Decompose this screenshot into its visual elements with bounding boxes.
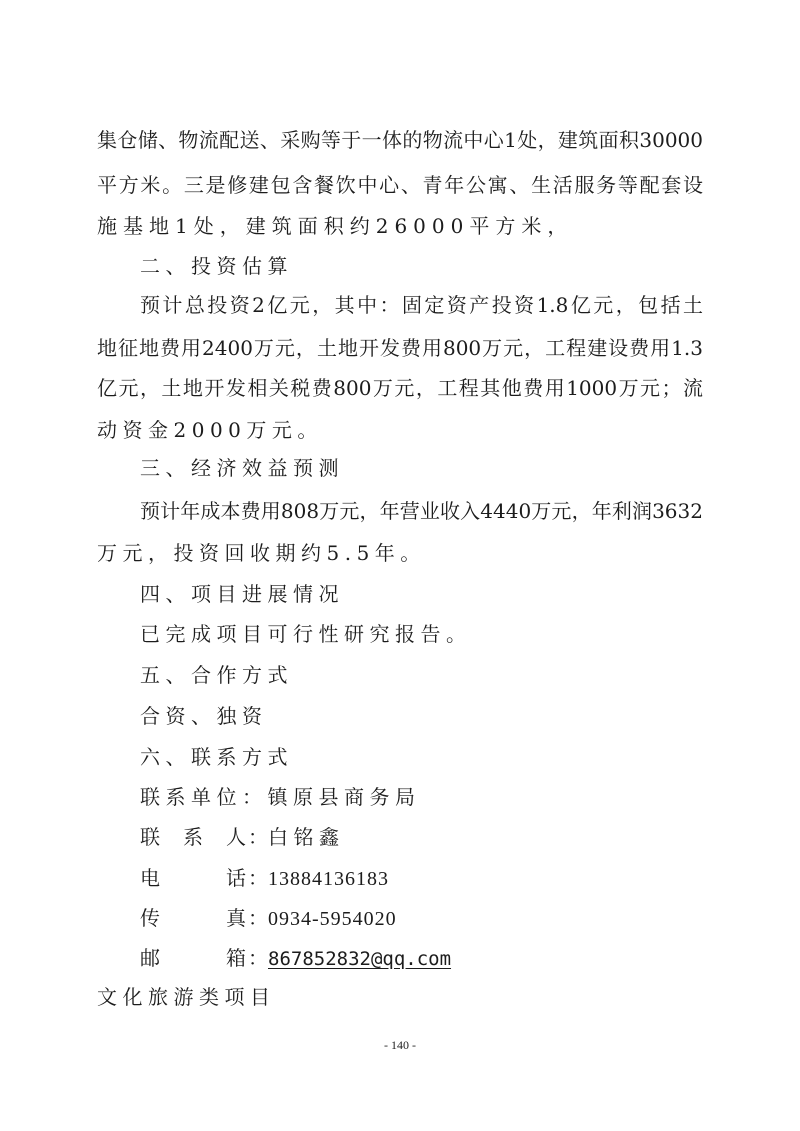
contact-unit-row: 联系单位：镇原县商务局: [140, 782, 421, 812]
contact-email-row: 邮 箱 ：867852832@qq.com: [140, 943, 451, 973]
contact-email-label: 邮 箱: [140, 943, 246, 973]
section-heading-contact: 六、联系方式: [140, 742, 293, 772]
contact-person-value: 白铭鑫: [268, 825, 345, 849]
paragraph-line: 施基地1处，建筑面积约26000平方米，: [97, 211, 573, 241]
contact-phone-label: 电 话: [140, 863, 246, 893]
paragraph-line: 预计年成本费用808万元，年营业收入4440万元，年利润3632: [140, 496, 703, 526]
paragraph-line: 动资金2000万元。: [97, 415, 323, 445]
contact-unit-value: 镇原县商务局: [268, 785, 421, 809]
paragraph-line: 集仓储、物流配送、采购等于一体的物流中心1处，建筑面积30000: [97, 125, 703, 155]
paragraph-line: 亿元，土地开发相关税费800万元，工程其他费用1000万元；流: [97, 373, 703, 403]
paragraph-line: 万元，投资回收期约5.5年。: [97, 538, 426, 568]
contact-phone-row: 电 话 ：13884136183: [140, 863, 389, 893]
contact-email-link[interactable]: 867852832@qq.com: [268, 948, 451, 970]
paragraph-line: 平方米。三是修建包含餐饮中心、青年公寓、生活服务等配套设: [97, 170, 703, 200]
contact-person-row: 联 系 人 ：白铭鑫: [140, 822, 345, 852]
section-heading-progress: 四、项目进展情况: [140, 579, 344, 609]
section-heading-economic-benefit: 三、经济效益预测: [140, 453, 344, 483]
document-page: 集仓储、物流配送、采购等于一体的物流中心1处，建筑面积30000 平方米。三是修…: [0, 0, 800, 1131]
contact-fax-label: 传 真: [140, 903, 246, 933]
paragraph-line: 预计总投资2亿元，其中：固定资产投资1.8亿元，包括土: [140, 290, 703, 320]
category-heading-culture-tourism: 文化旅游类项目: [97, 982, 276, 1012]
page-number: - 140 -: [0, 1038, 800, 1053]
progress-text: 已完成项目可行性研究报告。: [140, 619, 472, 649]
cooperation-text: 合资、独资: [140, 701, 268, 731]
contact-unit-label: 联系单位：: [140, 785, 268, 809]
contact-fax-row: 传 真 ：0934-5954020: [140, 903, 397, 933]
contact-fax-value: 0934-5954020: [268, 908, 397, 930]
contact-phone-value: 13884136183: [268, 868, 389, 890]
section-heading-investment: 二、投资估算: [140, 251, 293, 281]
contact-person-label: 联 系 人: [140, 822, 246, 852]
section-heading-cooperation: 五、合作方式: [140, 660, 293, 690]
paragraph-line: 地征地费用2400万元，土地开发费用800万元，工程建设费用1.3: [97, 333, 703, 363]
